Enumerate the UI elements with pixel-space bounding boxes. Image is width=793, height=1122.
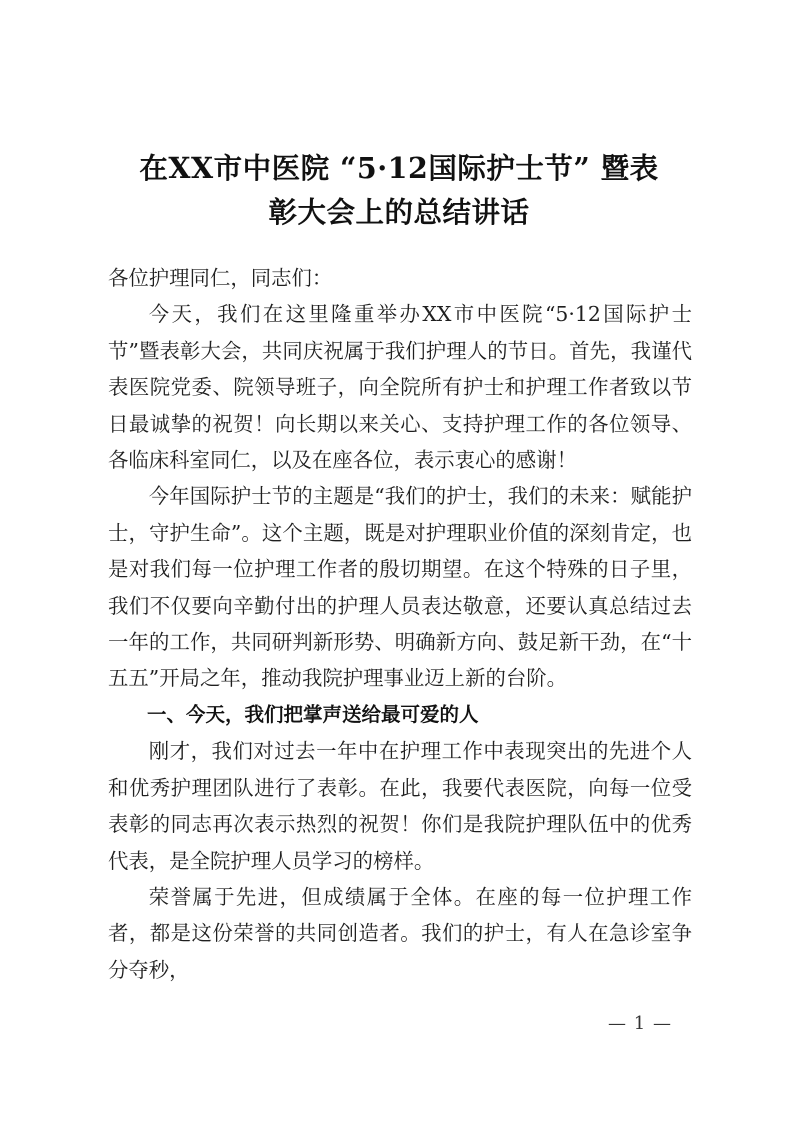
page-number: — 1 —	[590, 1013, 690, 1034]
salutation: 各位护理同仁，同志们：	[108, 260, 692, 296]
section-heading-1: 一、今天，我们把掌声送给最可爱的人	[108, 697, 692, 733]
paragraph-commendation: 刚才，我们对过去一年中在护理工作中表现突出的先进个人和优秀护理团队进行了表彰。在…	[108, 733, 692, 879]
document-body: 各位护理同仁，同志们： 今天，我们在这里隆重举办XX市中医院“5·12国际护士节…	[108, 260, 692, 988]
document-page: 在XX市中医院 “5·12国际护士节” 暨表 彰大会上的总结讲话 各位护理同仁，…	[0, 0, 793, 1122]
paragraph-honor: 荣誉属于先进，但成绩属于全体。在座的每一位护理工作者，都是这份荣誉的共同创造者。…	[108, 879, 692, 988]
document-title: 在XX市中医院 “5·12国际护士节” 暨表 彰大会上的总结讲话	[104, 146, 694, 234]
title-line-1: 在XX市中医院 “5·12国际护士节” 暨表	[104, 146, 694, 190]
paragraph-theme: 今年国际护士节的主题是“我们的护士，我们的未来：赋能护士，守护生命”。这个主题，…	[108, 478, 692, 696]
title-line-2: 彰大会上的总结讲话	[104, 190, 694, 234]
paragraph-opening: 今天，我们在这里隆重举办XX市中医院“5·12国际护士节”暨表彰大会，共同庆祝属…	[108, 296, 692, 478]
